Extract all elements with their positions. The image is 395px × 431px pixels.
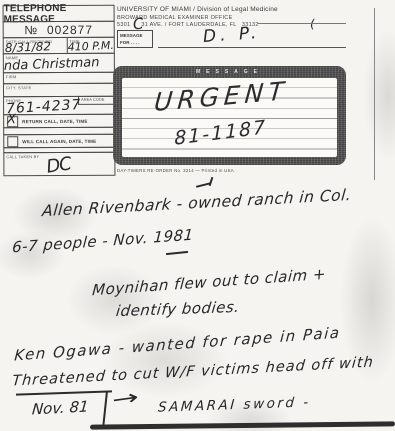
- handwritten-recipient-initials: D. P.: [202, 23, 260, 47]
- message-pad-ruled-paper: URGENT 81-1187: [122, 78, 337, 157]
- date-cell: DATE CALL RECEIVED 8/31/82: [4, 38, 68, 53]
- phone-row: PHONE AREA CODE 761-4237: [3, 96, 115, 116]
- note-box-top-line: [16, 390, 112, 395]
- note-line-moynihan: Moynihan flew out to claim +: [92, 265, 327, 299]
- scan-bottom-bar: [90, 421, 395, 429]
- handwritten-time: 410 P.M.: [67, 39, 114, 54]
- area-code-label: AREA CODE: [78, 97, 114, 105]
- city-state-label: CITY, STATE: [6, 85, 31, 90]
- firm-label: FIRM: [6, 74, 17, 79]
- year-underline: [166, 251, 188, 255]
- handwritten-case-number: 81-1187: [174, 116, 267, 149]
- scan-edge-line: [374, 8, 375, 180]
- serial-number-text: № 002877: [24, 22, 93, 36]
- letterhead-line1: UNIVERSITY OF MIAMI / Division of Legal …: [117, 6, 352, 13]
- note-line-rivenbark: Allen Rivenbark - owned ranch in Col.: [41, 186, 352, 220]
- letterhead-underline: [258, 23, 346, 24]
- time-cell: TIME 410 P.M.: [68, 38, 114, 53]
- form-title: TELEPHONE MESSAGE: [3, 5, 115, 23]
- pen-mark-paren: (: [310, 17, 316, 31]
- letterhead-line2: BROWARD MEDICAL EXAMINER OFFICE: [117, 15, 352, 21]
- message-pad: MESSAGE URGENT 81-1187: [113, 66, 346, 165]
- message-pad-header: MESSAGE: [113, 69, 346, 75]
- call-taken-by-row: CALL TAKEN BY DC: [3, 152, 115, 177]
- arrow-icon: →: [110, 384, 140, 411]
- recipient-underline: [158, 47, 346, 48]
- will-call-label: WILL CALL AGAIN, DATE, TIME: [22, 138, 96, 143]
- handwritten-urgent: URGENT: [153, 76, 290, 117]
- message-for-box: MESSAGE FOR . . . .: [117, 30, 153, 48]
- will-call-checkbox: [7, 136, 18, 147]
- handwritten-check-x: X: [7, 112, 16, 127]
- note-boxed-date: Nov. 81: [31, 397, 89, 418]
- call-taken-by-label: CALL TAKEN BY: [6, 154, 39, 159]
- handwritten-signature: DC: [45, 153, 72, 177]
- date-time-row: DATE CALL RECEIVED 8/31/82 TIME 410 P.M.: [3, 37, 115, 55]
- note-line-people: 6-7 people - Nov. 1981: [12, 226, 195, 257]
- form-serial-number: № 002877: [3, 21, 115, 39]
- telephone-message-form: TELEPHONE MESSAGE № 002877 DATE CALL REC…: [3, 5, 116, 177]
- pad-reorder-footer: DAY-TIMERS RE-ORDER No. 3214 — Printed i…: [117, 168, 234, 173]
- return-call-checkbox: X: [7, 116, 18, 127]
- scanned-telephone-message: TELEPHONE MESSAGE № 002877 DATE CALL REC…: [0, 0, 395, 431]
- return-call-label: RETURN CALL, DATE, TIME: [22, 118, 88, 123]
- note-line-identify: identify bodies.: [115, 298, 240, 320]
- stray-pen-mark: [209, 177, 214, 186]
- name-row: NAME nda Christman: [3, 53, 115, 74]
- note-box-right-line: [102, 392, 108, 428]
- note-samurai-sword: SAMARAI sword -: [157, 394, 311, 415]
